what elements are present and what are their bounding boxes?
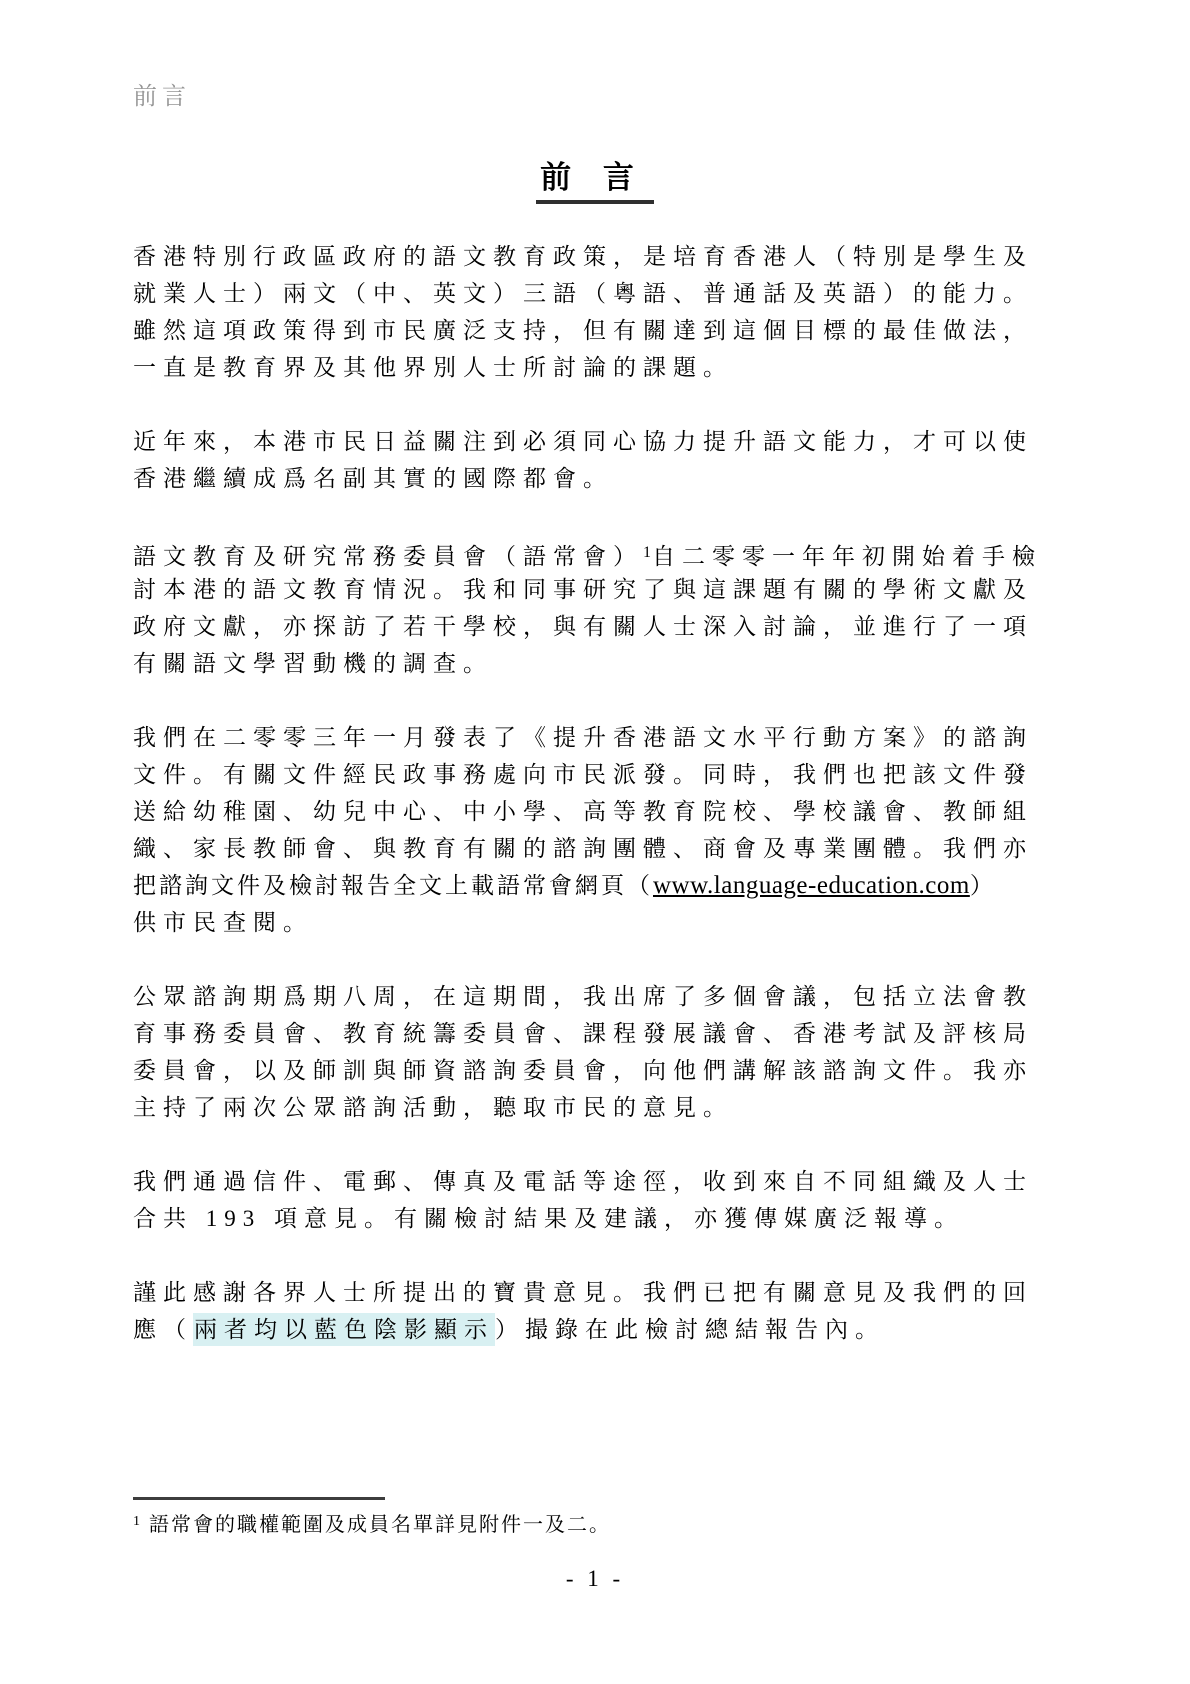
text-line: 一直是教育界及其他界別人士所討論的課題。 xyxy=(133,349,1068,386)
footnote-marker: 1 xyxy=(133,1514,141,1529)
text-line: 織、家長教師會、與教育有關的諮詢團體、商會及專業團體。我們亦 xyxy=(133,830,1068,867)
page-number: - 1 - xyxy=(0,1566,1190,1592)
paragraph-2: 近年來，本港市民日益關注到必須同心協力提升語文能力，才可以使 香港繼續成爲名副其… xyxy=(133,423,1068,497)
title-container: 前 言 xyxy=(0,152,1190,204)
document-body: 香港特別行政區政府的語文教育政策，是培育香港人（特別是學生及 就業人士）兩文（中… xyxy=(133,238,1068,1385)
text-segment: ）撮錄在此檢討總結報告內。 xyxy=(495,1317,885,1342)
highlighted-note: 兩者均以藍色陰影顯示 xyxy=(193,1313,495,1346)
text-segment: 自二零零一年年初開始着手檢 xyxy=(652,544,1042,569)
text-segment: ） xyxy=(970,873,996,898)
text-line: 就業人士）兩文（中、英文）三語（粵語、普通話及英語）的能力。 xyxy=(133,275,1068,312)
text-line: 香港繼續成爲名副其實的國際都會。 xyxy=(133,460,1068,497)
paragraph-4: 我們在二零零三年一月發表了《提升香港語文水平行動方案》的諮詢 文件。有關文件經民… xyxy=(133,719,1068,941)
paragraph-3: 語文教育及研究常務委員會（語常會）1自二零零一年年初開始着手檢 討本港的語文教育… xyxy=(133,534,1068,682)
text-line: 近年來，本港市民日益關注到必須同心協力提升語文能力，才可以使 xyxy=(133,423,1068,460)
text-line: 有關語文學習動機的調查。 xyxy=(133,645,1068,682)
text-line: 供市民查閱。 xyxy=(133,904,1068,941)
text-line: 香港特別行政區政府的語文教育政策，是培育香港人（特別是學生及 xyxy=(133,238,1068,275)
text-line: 我們通過信件、電郵、傳真及電話等途徑，收到來自不同組織及人士 xyxy=(133,1163,1068,1200)
text-segment: 把諮詢文件及檢討報告全文上載語常會網頁（ xyxy=(133,873,653,898)
text-line: 委員會，以及師訓與師資諮詢委員會，向他們講解該諮詢文件。我亦 xyxy=(133,1052,1068,1089)
footnote-reference-marker: 1 xyxy=(643,544,652,561)
text-segment: 應（ xyxy=(133,1317,193,1342)
paragraph-7: 謹此感謝各界人士所提出的寶貴意見。我們已把有關意見及我們的回 應（兩者均以藍色陰… xyxy=(133,1274,1068,1348)
text-line: 公眾諮詢期爲期八周，在這期間，我出席了多個會議，包括立法會教 xyxy=(133,978,1068,1015)
text-line: 謹此感謝各界人士所提出的寶貴意見。我們已把有關意見及我們的回 xyxy=(133,1274,1068,1311)
footnote-text: 語常會的職權範圍及成員名單詳見附件一及二。 xyxy=(149,1514,611,1536)
text-line: 政府文獻，亦探訪了若干學校，與有關人士深入討論，並進行了一項 xyxy=(133,608,1068,645)
text-line: 文件。有關文件經民政事務處向市民派發。同時，我們也把該文件發 xyxy=(133,756,1068,793)
text-line: 討本港的語文教育情況。我和同事研究了與這課題有關的學術文獻及 xyxy=(133,571,1068,608)
text-segment: 語文教育及研究常務委員會（語常會） xyxy=(133,544,643,569)
paragraph-1: 香港特別行政區政府的語文教育政策，是培育香港人（特別是學生及 就業人士）兩文（中… xyxy=(133,238,1068,386)
website-url[interactable]: www.language-education.com xyxy=(653,872,970,899)
footnote: 1語常會的職權範圍及成員名單詳見附件一及二。 xyxy=(133,1506,1068,1541)
text-line: 育事務委員會、教育統籌委員會、課程發展議會、香港考試及評核局 xyxy=(133,1015,1068,1052)
text-line: 送給幼稚園、幼兒中心、中小學、高等教育院校、學校議會、教師組 xyxy=(133,793,1068,830)
text-line: 應（兩者均以藍色陰影顯示）撮錄在此檢討總結報告內。 xyxy=(133,1311,1068,1348)
footnote-separator-rule xyxy=(133,1497,385,1500)
paragraph-6: 我們通過信件、電郵、傳真及電話等途徑，收到來自不同組織及人士 合共 193 項意… xyxy=(133,1163,1068,1237)
text-line: 雖然這項政策得到市民廣泛支持，但有關達到這個目標的最佳做法， xyxy=(133,312,1068,349)
text-line: 我們在二零零三年一月發表了《提升香港語文水平行動方案》的諮詢 xyxy=(133,719,1068,756)
text-line: 語文教育及研究常務委員會（語常會）1自二零零一年年初開始着手檢 xyxy=(133,534,1068,571)
paragraph-5: 公眾諮詢期爲期八周，在這期間，我出席了多個會議，包括立法會教 育事務委員會、教育… xyxy=(133,978,1068,1126)
document-page: 前言 前 言 香港特別行政區政府的語文教育政策，是培育香港人（特別是學生及 就業… xyxy=(0,0,1190,1684)
text-line: 主持了兩次公眾諮詢活動，聽取市民的意見。 xyxy=(133,1089,1068,1126)
text-line: 合共 193 項意見。有關檢討結果及建議，亦獲傳媒廣泛報導。 xyxy=(133,1200,1068,1237)
page-title: 前 言 xyxy=(536,152,654,204)
running-header: 前言 xyxy=(133,76,191,111)
text-line: 把諮詢文件及檢討報告全文上載語常會網頁（www.language-educati… xyxy=(133,867,1068,904)
